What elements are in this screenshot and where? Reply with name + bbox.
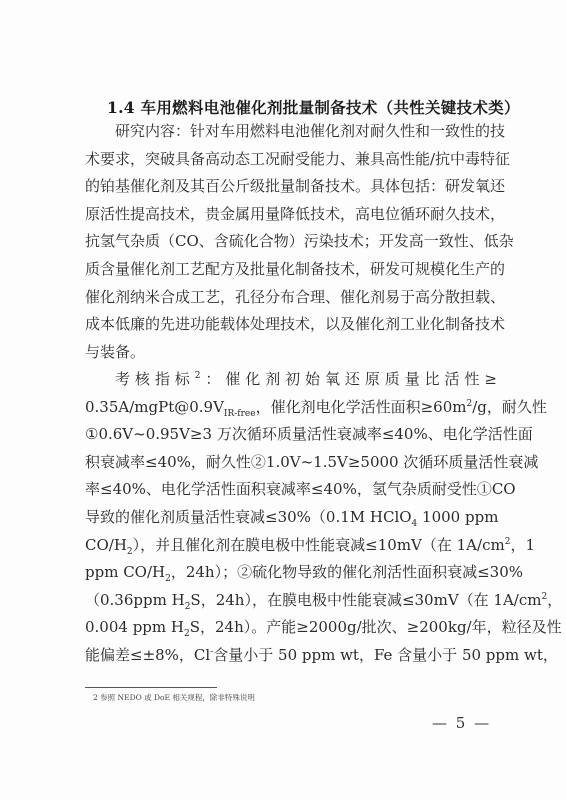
section-title: 1.4 车用燃料电池催化剂批量制备技术（共性关键技术类） xyxy=(107,96,520,118)
subscript: IR-free xyxy=(224,409,256,419)
text-line: CO/H2），并且催化剂在膜电极中性能衰减≤10mV（在 1A/cm2，1 xyxy=(85,532,497,560)
text-line: 研究内容：针对车用燃料电池催化剂对耐久性和一致性的技 xyxy=(85,118,497,146)
text-line: 的铂基催化剂及其百公斤级批量制备技术。具体包括：研发氧还 xyxy=(85,173,497,201)
text-line: 能偏差≤±8%，Cl-含量小于 50 ppm wt，Fe 含量小于 50 ppm… xyxy=(85,642,497,670)
text-segment: 含量小于 50 ppm wt，Fe 含量小于 50 ppm wt， xyxy=(213,646,558,664)
text-line: 原活性提高技术，贵金属用量降低技术，高电位循环耐久技术， xyxy=(85,201,497,229)
text-line: 抗氢气杂质（CO、含硫化合物）污染技术；开发高一致性、低杂 xyxy=(85,228,497,256)
assessment-label: 考核指标 xyxy=(115,370,195,388)
text-line: 率≤40%、电化学活性面积衰减率≤40%，氢气杂质耐受性①CO xyxy=(85,476,497,504)
text-line: 质含量催化剂工艺配方及批量化制备技术，研发可规模化生产的 xyxy=(85,256,497,284)
text-line: ①0.6V~0.95V≥3 万次循环质量活性衰减率≤40%、电化学活性面 xyxy=(85,421,497,449)
text-segment: 能偏差≤±8%，Cl xyxy=(85,646,210,664)
text-line: 成本低廉的先进功能载体处理技术，以及催化剂工业化制备技术 xyxy=(85,311,497,339)
text-line: 0.004 ppm H2S，24h）。产能≥2000g/批次、≥200kg/年，… xyxy=(85,614,497,642)
text-segment: 0.004 ppm H xyxy=(85,618,184,636)
page-number: — 5 — xyxy=(432,714,491,732)
footnote: 2 参照 NEDO 或 DoE 相关规程，除非特殊说明 xyxy=(93,692,255,703)
text-segment: S，24h）。产能≥2000g/批次、≥200kg/年，粒径及性 xyxy=(190,618,562,636)
text-line: 导致的催化剂质量活性衰减≤30%（0.1M HClO4 1000 ppm xyxy=(85,504,497,532)
text-segment: ppm CO/H xyxy=(85,563,165,581)
text-segment: ），并且催化剂在膜电极中性能衰减≤10mV（在 1A/cm xyxy=(133,536,505,554)
research-content-paragraph: 研究内容：针对车用燃料电池催化剂对耐久性和一致性的技 术要求，突破具备高动态工况… xyxy=(85,118,497,366)
text-line: 与装备。 xyxy=(85,339,497,367)
text-segment: CO/H xyxy=(85,536,127,554)
text-segment: ，催化剂电化学活性面积≥60m xyxy=(256,398,467,416)
text-line: 0.35A/mgPt@0.9VIR-free，催化剂电化学活性面积≥60m2/g… xyxy=(85,394,497,422)
text-segment: S，24h），在膜电极中性能衰减≤30mV（在 1A/cm xyxy=(190,591,541,609)
text-segment: 1000 ppm xyxy=(417,508,498,526)
text-line: 催化剂纳米合成工艺，孔径分布合理、催化剂易于高分散担载、 xyxy=(85,284,497,312)
text-line: 积衰减率≤40%，耐久性②1.0V~1.5V≥5000 次循环质量活性衰减 xyxy=(85,449,497,477)
text-segment: ，24h）；②硫化物导致的催化剂活性面积衰减≤30% xyxy=(171,563,523,581)
text-segment: （0.36ppm H xyxy=(85,591,185,609)
document-page: 1.4 车用燃料电池催化剂批量制备技术（共性关键技术类） 研究内容：针对车用燃料… xyxy=(0,0,566,800)
assessment-paragraph: 考核指标2：催化剂初始氧还原质量比活性≥ 0.35A/mgPt@0.9VIR-f… xyxy=(85,366,497,670)
text-segment: /g，耐久性 xyxy=(472,398,547,416)
text-segment: ：催化剂初始氧还原质量比活性≥ xyxy=(200,370,497,388)
text-segment: 0.35A/mgPt@0.9V xyxy=(85,398,224,416)
text-line: 考核指标2：催化剂初始氧还原质量比活性≥ xyxy=(85,366,497,394)
text-line: （0.36ppm H2S，24h），在膜电极中性能衰减≤30mV（在 1A/cm… xyxy=(85,587,497,615)
text-segment: 导致的催化剂质量活性衰减≤30%（0.1M HClO xyxy=(85,508,412,526)
footnote-divider xyxy=(85,687,217,688)
text-segment: ， xyxy=(547,591,562,609)
text-segment: ，1 xyxy=(510,536,535,554)
text-line: ppm CO/H2，24h）；②硫化物导致的催化剂活性面积衰减≤30% xyxy=(85,559,497,587)
text-line: 术要求，突破具备高动态工况耐受能力、兼具高性能/抗中毒特征 xyxy=(85,146,497,174)
